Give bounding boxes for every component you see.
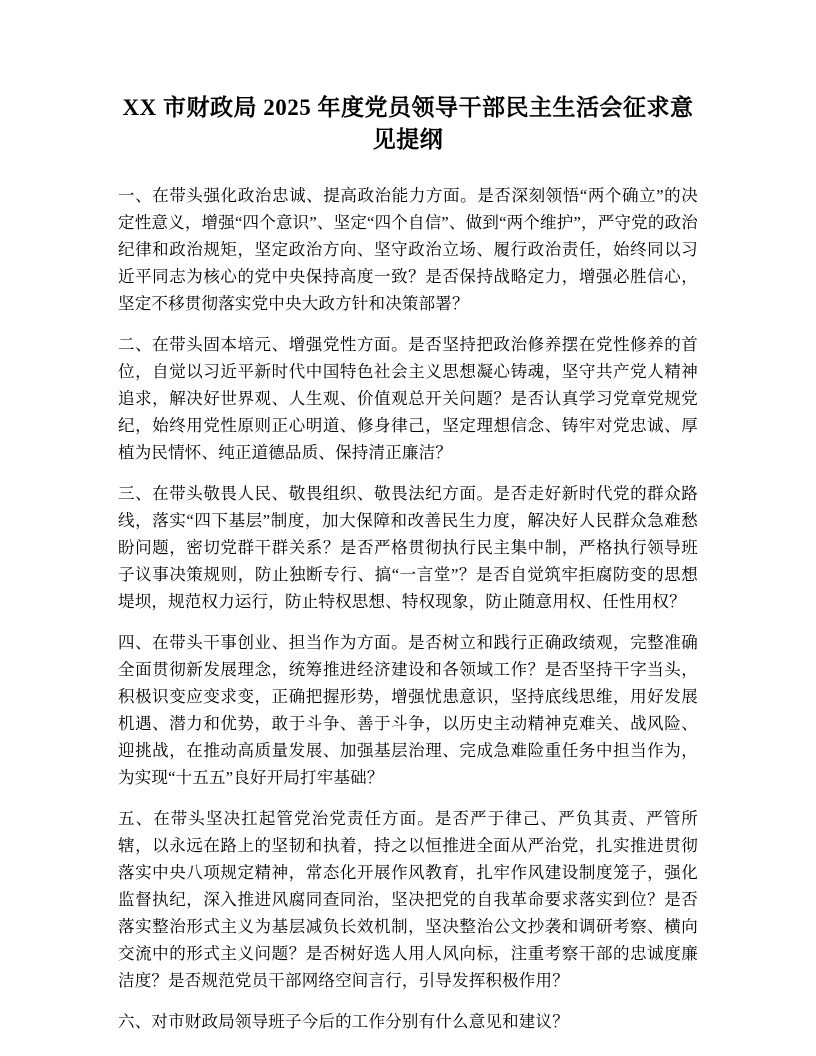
paragraph-4: 四、在带头干事创业、担当作为方面。是否树立和践行正确政绩观，完整准确全面贯彻新发…: [118, 629, 698, 791]
document-body: 一、在带头强化政治忠诚、提高政治能力方面。是否深刻领悟“两个确立”的决定性意义，…: [118, 182, 698, 1035]
paragraph-5: 五、在带头坚决扛起管党治党责任方面。是否严于律己、严负其责、严管所辖，以永远在路…: [118, 805, 698, 994]
paragraph-2: 二、在带头固本培元、增强党性方面。是否坚持把政治修养摆在党性修养的首位，自觉以习…: [118, 331, 698, 466]
document-title: XX 市财政局 2025 年度党员领导干部民主生活会征求意见提纲: [118, 92, 698, 156]
paragraph-1: 一、在带头强化政治忠诚、提高政治能力方面。是否深刻领悟“两个确立”的决定性意义，…: [118, 182, 698, 317]
document-page: XX 市财政局 2025 年度党员领导干部民主生活会征求意见提纲 一、在带头强化…: [0, 0, 816, 1056]
paragraph-6: 六、对市财政局领导班子今后的工作分别有什么意见和建议？: [118, 1008, 698, 1035]
paragraph-3: 三、在带头敬畏人民、敬畏组织、敬畏法纪方面。是否走好新时代党的群众路线，落实“四…: [118, 480, 698, 615]
